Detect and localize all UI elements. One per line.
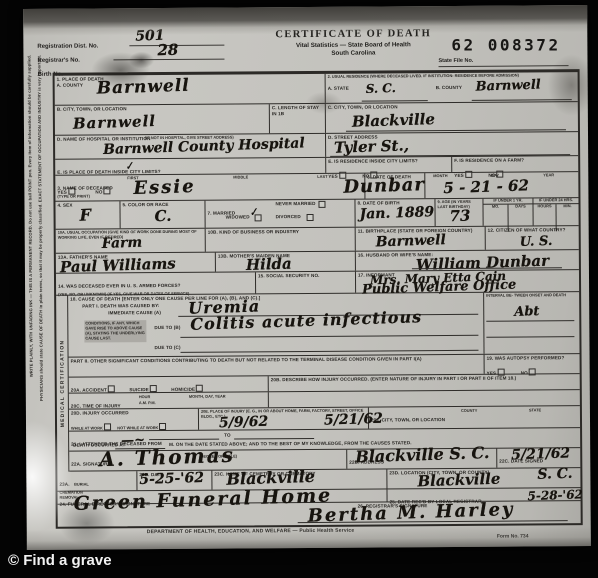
certificate-state: South Carolina [258,49,448,57]
state-file-number-stamp: 62 008372 [451,36,560,55]
form-number: Form No. 734 [497,533,529,539]
checkbox [159,422,166,429]
citizen-value: U. S. [520,234,553,250]
pod-county-value: Barnwell [96,76,190,99]
time-injury-label: 20c. TIME OF INJURY [71,403,121,408]
margin-note-1: WRITE PLAINLY, WITH UNFADING INK — THIS … [26,55,33,377]
while-at-work-label: While at Work [71,425,103,430]
pod-city-value: Barnwell [73,112,157,133]
address-value: Blackville S. C. [355,443,490,466]
homicide-label: HOMICIDE [171,387,195,392]
find-a-grave-watermark: © Find a grave [8,552,112,569]
row-hospital: d. NAME OF HOSPITAL OR INSTITUTION (If n… [55,132,578,160]
physician-signature: A. Thomas [99,443,235,471]
header-center: CERTIFICATE OF DEATH Vital Statistics — … [258,28,448,57]
name-type-note: (Type or print) [57,193,362,200]
armed-forces-label: 14. WAS DECEASED EVER IN U. S. ARMED FOR… [58,283,181,289]
registrar-signature-value: Bertha M. Harley [307,499,514,527]
checkbox [108,385,115,392]
part2-label: PART II. OTHER SIGNIFICANT CONDITIONS CO… [71,356,451,364]
header-left: Registration Dist. No. 501 Registrar's N… [37,33,247,76]
due-to-c-label: DUE TO (c) [154,345,180,351]
industry-label: 10b. KIND OF BUSINESS OR INDUSTRY [208,229,353,236]
immediate-cause-label: IMMEDIATE CAUSE (a) [108,310,161,316]
medical-certification-label: MEDICAL CERTIFICATION [59,340,66,428]
describe-injury-label: 20b. DESCRIBE HOW INJURY OCCURRED. (Ente… [271,375,578,383]
residence-limits-label: e. IS RESIDENCE INSIDE CITY LIMITS? [328,158,449,164]
father-value: Paul Williams [60,254,176,276]
row-vitals: 4. SEX F 5. COLOR OR RACE C. 7. MARRIED … [55,198,578,230]
conditions-note: Conditions, if any, which gave rise to a… [84,320,146,342]
name-last-header: Last [317,175,327,180]
residence-state-value: S. C. [365,81,396,96]
cause-part1-label: PART I. DEATH WAS CAUSED BY: [82,303,159,309]
ssn-label: 15. SOCIAL SECURITY NO. [258,273,353,279]
form-footer: DEPARTMENT OF HEALTH, EDUCATION, AND WEL… [147,528,355,535]
interval-label: INTERVAL BE- TWEEN ONSET AND DEATH [486,293,577,299]
row-cause: 18. CAUSE OF DEATH [Enter only one cause… [68,292,579,358]
marital-widowed-label: WIDOWED [226,214,250,220]
pod-limits-check: ✓ [124,160,135,173]
citizen-label: 12. CITIZEN OF WHAT COUNTRY? [488,227,577,233]
residence-farm-label: f. IS RESIDENCE ON A FARM? [454,157,576,163]
cause-section-label: 18. CAUSE OF DEATH [Enter only one cause… [70,294,481,302]
birthplace-value: Barnwell [376,232,447,250]
residence-county-value: Barnwell [475,78,541,95]
suicide-label: SUICIDE [129,387,149,392]
dod-value: 5 - 21 - 62 [443,176,529,197]
row-city: b. CITY, TOWN, OR LOCATION Barnwell c. L… [55,102,578,136]
sex-value: F [79,205,91,224]
accident-label: 20a. ACCIDENT [71,387,107,392]
pod-stay-label: c. LENGTH OF STAY IN 1b [272,105,323,116]
occupation-value: Farm [102,235,143,252]
injury-state-header: State [529,408,541,413]
checkbox [104,423,111,430]
checkbox [318,201,325,208]
state-file-no-label: State File No. [438,58,473,64]
residence-street-value: Tyler St., [334,136,409,156]
burial-date-value: 5-25-'62 [139,470,204,488]
residence-city-value: Blackville [352,110,436,131]
residence-county-label: b. COUNTY [436,85,462,91]
interval-value: Abt [514,304,540,320]
pod-city-label: b. CITY, TOWN, OR LOCATION [57,105,267,112]
due-to-b-label: DUE TO (b) [154,325,180,331]
name-middle-header: Middle [233,175,248,180]
autopsy-label: 19. WAS AUTOPSY PERFORMED? [487,355,578,361]
marital-never-label: NEVER MARRIED [275,201,315,207]
dod-year-header: Year [543,173,554,178]
burial-location-city: Blackville [417,470,501,491]
name-section-label: 3. NAME OF DECEASED [57,185,112,190]
residence-city-label: c. CITY, TOWN, OR LOCATION [328,103,576,110]
ampm-header: a.m. p.m. [139,401,156,406]
mother-value: Hilda [246,255,292,275]
certificate-form: MEDICAL CERTIFICATION 1. PLACE OF DEATH … [53,69,583,529]
checkbox [307,214,314,221]
certificate-subtitle: Vital Statistics — State Board of Health [258,41,448,49]
attended-to-value: 5/21/62 [324,411,383,429]
date-signed-value: 5/21/62 [511,445,570,463]
certificate-title: CERTIFICATE OF DEATH [258,28,448,40]
attended-to-label: to [224,433,231,439]
scanned-death-certificate: WRITE PLAINLY, WITH UNFADING INK — THIS … [0,0,598,578]
margin-note-2: PHYSICIANS should state CAUSE OF DEATH i… [36,55,43,401]
checkbox [150,385,157,392]
certificate-paper: WRITE PLAINLY, WITH UNFADING INK — THIS … [23,5,591,550]
not-while-at-work-label: Not While at Work [117,425,158,430]
age-value: 73 [449,207,470,226]
registration-district-line: Registration Dist. No. 501 [37,33,247,48]
injury-county-header: County [461,409,477,414]
row-occupation: 10a. USUAL OCCUPATION (Give kind of work… [56,226,579,254]
margin-note-inner: PHYSICIANS should state CAUSE OF DEATH i… [34,55,46,530]
mdy-header: Month, Day, Year [189,395,226,400]
injury-occurred-label: 20d. INJURY OCCURRED [71,410,196,416]
name-first-value: Essie [133,176,196,199]
marital-divorced-label: DIVORCED [276,214,301,220]
color-value: C. [154,207,171,226]
date-received-value: 5-28-'62 [527,487,583,503]
checkbox [196,385,203,392]
burial-location-state: S. C. [537,466,573,483]
registrar-no-line: Registrar's No. 28 [37,47,247,62]
dob-value: Jan. 1889 [359,204,434,222]
attended-from-value: 5/9/62 [219,414,269,432]
name-last-value: Dunbar [343,174,425,198]
burial-option: BURIAL [74,482,89,487]
registrar-no-value: 28 [157,41,178,60]
row-county: 1. PLACE OF DEATH a. COUNTY Barnwell 2. … [55,72,578,106]
residence-state-label: a. STATE [328,86,349,92]
widowed-check: ✓ [248,206,259,219]
burial-item-label: 23a. [59,482,69,487]
pod-limits-label: e. IS PLACE OF DEATH INSIDE CITY LIMITS? [57,169,160,175]
